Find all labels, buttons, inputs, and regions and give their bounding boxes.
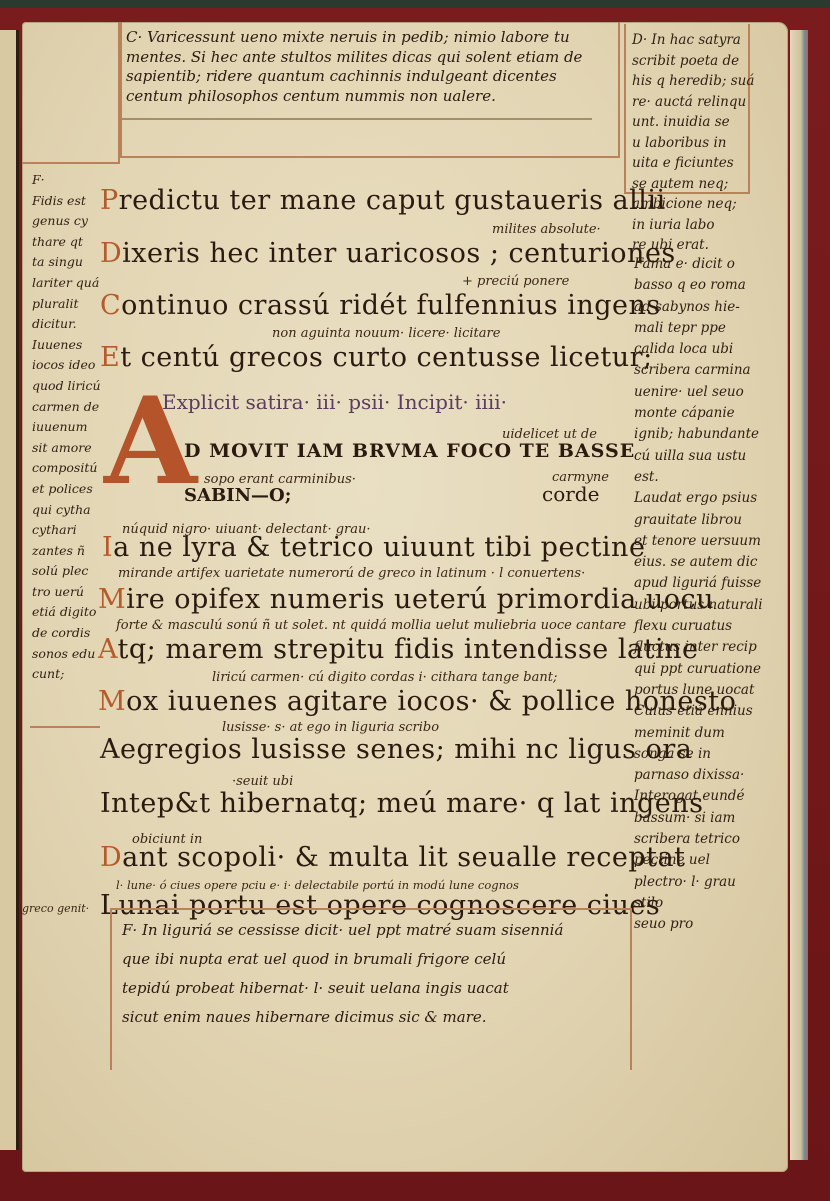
- verse-line-capitals: D MOVIT IAM BRVMA FOCO TE BASSE: [184, 440, 635, 462]
- bottom-gloss: F· In liguriá se cessisse dicit· uel ppt…: [122, 916, 563, 1032]
- bottom-gloss-line: que ibi nupta erat uel quod in brumali f…: [122, 945, 563, 974]
- verse-line: Ia ne lyra & tetrico uiuunt tibi pectine: [102, 532, 645, 563]
- top-gloss-line: C· Varicessunt ueno mixte neruis in pedi…: [126, 28, 616, 48]
- explicit-incipit-rubric: Explicit satira· iii· psii· Incipit· iii…: [162, 390, 507, 414]
- gloss-line: solú plec: [32, 561, 112, 582]
- gloss-underline: [122, 118, 592, 120]
- interlinear-gloss: ·seuit ubi: [232, 774, 293, 789]
- gloss-line: qui cytha: [32, 500, 112, 521]
- verse-line: Atq; marem strepitu fidis intendisse lat…: [98, 634, 698, 665]
- verse-line: Aegregios lusisse senes; mihi nc ligus o…: [100, 734, 692, 765]
- gloss-line: grauitate librou: [634, 510, 784, 531]
- gloss-line: carmen de: [32, 397, 112, 418]
- gloss-line: et polices: [32, 479, 112, 500]
- gloss-line: uita e ficiuntes: [632, 153, 762, 174]
- top-gloss-line: sapientib; ridere quantum cachinnis indu…: [126, 67, 616, 87]
- gloss-line: uenire· uel seuo: [634, 382, 784, 403]
- gloss-line: ignib; habundante: [634, 424, 784, 445]
- gloss-line: calida loca ubi: [634, 339, 784, 360]
- gloss-line: his q heredib; suá: [632, 71, 762, 92]
- gloss-line: Laudat ergo psius: [634, 488, 784, 509]
- interlinear-gloss: milites absolute·: [492, 222, 601, 237]
- verse-line: Intep&t hibernatq; meú mare· q lat ingen…: [100, 788, 704, 819]
- gloss-line: parnaso dixissa·: [634, 765, 784, 786]
- interlinear-gloss: forte & masculú sonú ñ ut solet. nt quid…: [116, 618, 626, 633]
- gloss-line: eius. se autem dic: [634, 552, 784, 573]
- top-gloss-line: centum philosophos centum nummis non ual…: [126, 87, 616, 107]
- gloss-line: compositú: [32, 458, 112, 479]
- gloss-line: cú uilla sua ustu: [634, 446, 784, 467]
- gloss-line: in iuria labo: [632, 215, 762, 236]
- page-fore-edge: [790, 30, 808, 1160]
- left-gloss-box: [22, 22, 120, 164]
- bottom-gloss-line: tepidú probeat hibernat· l· seuit uelana…: [122, 974, 563, 1003]
- gloss-line: sit amore: [32, 438, 112, 459]
- manuscript-page: C· Varicessunt ueno mixte neruis in pedi…: [22, 22, 788, 1172]
- gloss-line: mali tepr ppe: [634, 318, 784, 339]
- gloss-line: cunt;: [32, 664, 112, 685]
- gloss-line: quod liricú: [32, 376, 112, 397]
- gloss-line: iuuenum: [32, 417, 112, 438]
- verse-line: Dant scopoli· & multa lit seualle recept…: [100, 842, 685, 873]
- gloss-line: re· auctá relinqu: [632, 92, 762, 113]
- interlinear-gloss: lusisse· s· at ego in liguria scribo: [222, 720, 439, 735]
- top-gloss-line: mentes. Si hec ante stultos milites dica…: [126, 48, 616, 68]
- left-lower-gloss: greco genit·: [22, 902, 89, 915]
- verse-line: Mox iuuenes agitare iocos· & pollice hon…: [98, 686, 736, 717]
- gloss-line: scribit poeta de: [632, 51, 762, 72]
- gloss-line: zantes ñ: [32, 541, 112, 562]
- previous-page-edge: [0, 30, 19, 1150]
- verse-line: Dixeris hec inter uaricosos ; centurione…: [100, 238, 676, 269]
- verse-line-capitals: SABIN—O;: [184, 485, 291, 506]
- gloss-line: scribera carmina: [634, 360, 784, 381]
- gloss-line: unt. inuidia se: [632, 112, 762, 133]
- right-top-gloss: D· In hac satyra scribit poeta de his q …: [632, 30, 762, 256]
- interlinear-gloss: non aguinta nouum· licere· licitare: [272, 326, 500, 341]
- bottom-gloss-line: F· In liguriá se cessisse dicit· uel ppt…: [122, 916, 563, 945]
- interlinear-gloss: liricú carmen· cú digito cordas i· citha…: [212, 670, 557, 685]
- verse-line-word: corde: [542, 482, 599, 506]
- verse-line: Predictu ter mane caput gustaueris allii: [100, 185, 666, 216]
- verse-line: Et centú grecos curto centusse licetur;: [100, 342, 653, 373]
- interlinear-gloss: mirande artifex uarietate numerorú de gr…: [118, 566, 585, 581]
- paragraph-bracket: [30, 726, 100, 728]
- interlinear-gloss: + preciú ponere: [462, 274, 569, 289]
- gloss-line: monte cápanie: [634, 403, 784, 424]
- gloss-line: D· In hac satyra: [632, 30, 762, 51]
- bottom-gloss-line: sicut enim naues hibernare dicimus sic &…: [122, 1003, 563, 1032]
- gloss-line: et tenore uersuum: [634, 531, 784, 552]
- top-gloss: C· Varicessunt ueno mixte neruis in pedi…: [126, 28, 616, 106]
- verse-line: Continuo crassú ridét fulfennius ingens: [100, 290, 661, 321]
- gloss-line: cythari: [32, 520, 112, 541]
- verse-line: Mire opifex numeris ueterú primordia uoc…: [98, 584, 714, 615]
- gloss-line: u laboribus in: [632, 133, 762, 154]
- gloss-line: est.: [634, 467, 784, 488]
